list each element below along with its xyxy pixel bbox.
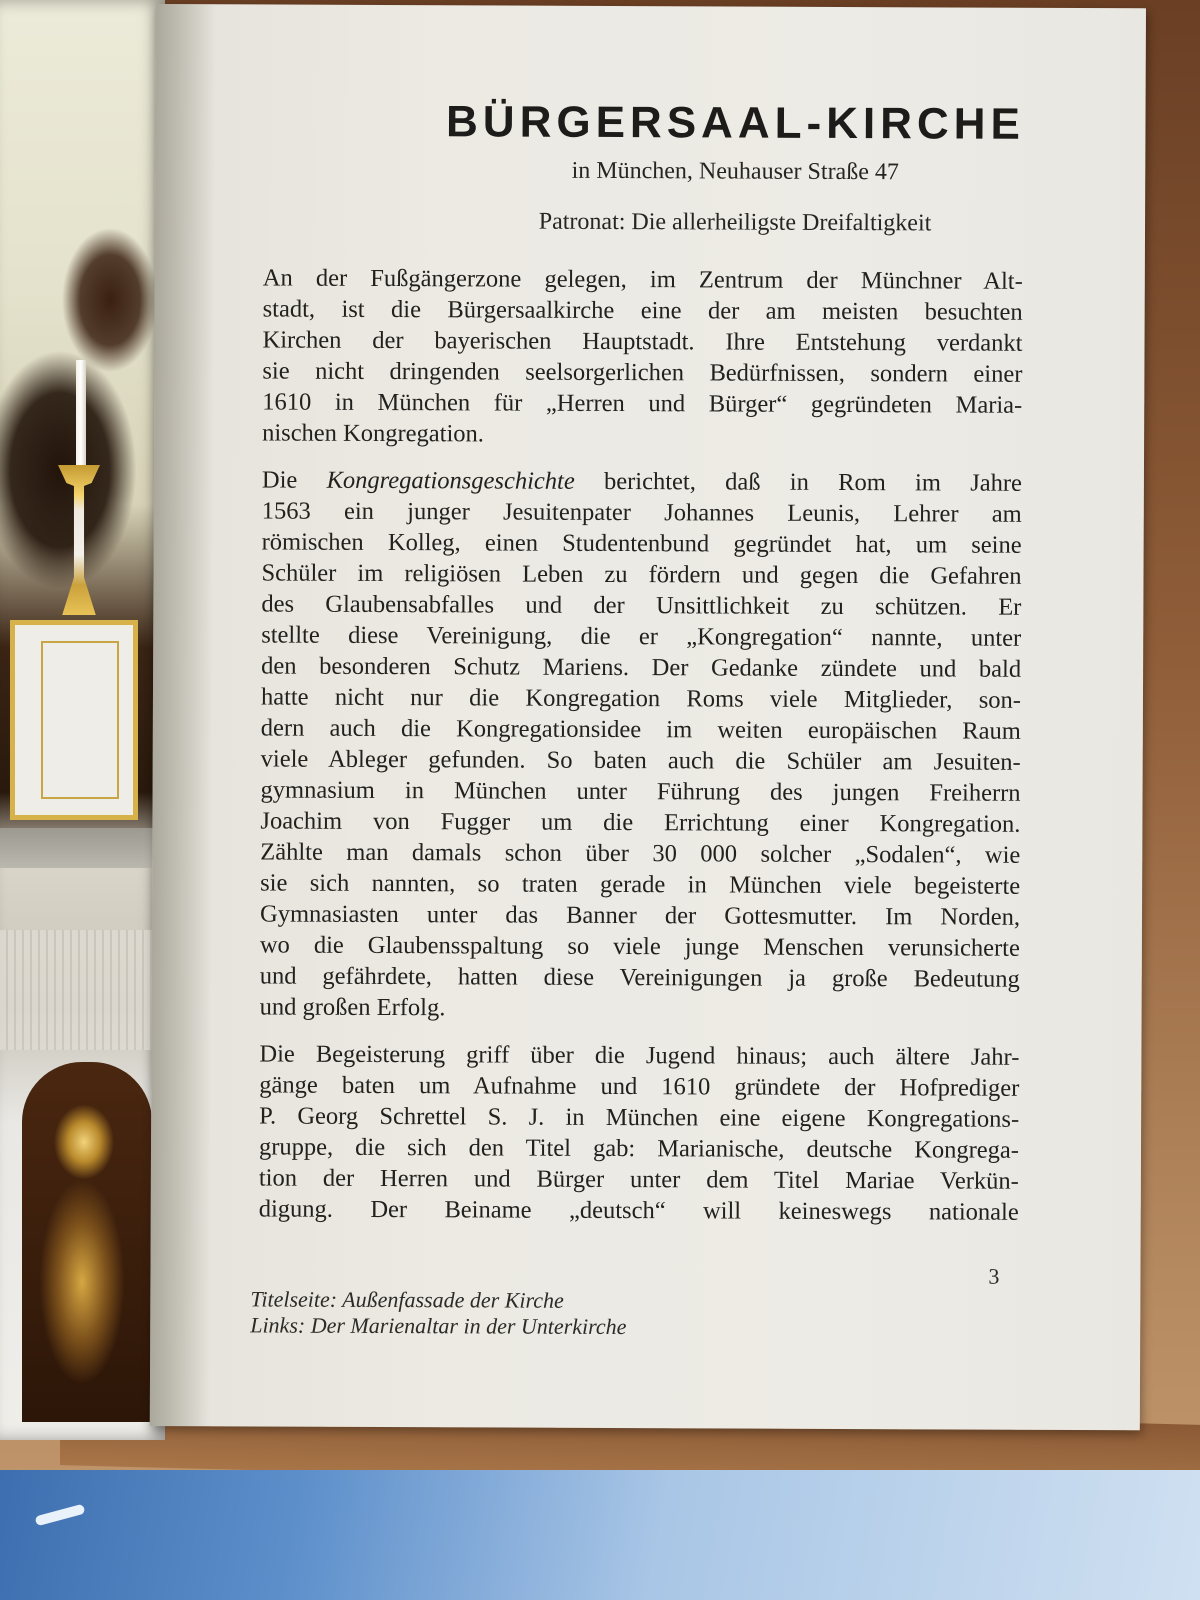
text-line-with-italic: Die Kongregationsgeschichte berichtet, d…	[262, 464, 1022, 498]
patronat-line: Patronat: Die allerheiligste Dreifaltigk…	[155, 207, 1145, 238]
italic-term: Kongregationsgeschichte	[327, 467, 575, 495]
text-run: berichtet, daß in Rom im Jahre	[575, 468, 1022, 497]
blue-cloth	[0, 1470, 1200, 1600]
text-line: P. Georg Schrettel S. J. in München eine…	[259, 1100, 1019, 1134]
book-page: BÜRGERSAAL-KIRCHE in München, Neuhauser …	[150, 4, 1146, 1430]
text-line: gruppe, die sich den Titel gab: Marianis…	[259, 1131, 1019, 1165]
page-number: 3	[988, 1264, 999, 1290]
caption-left-photo: Links: Der Marienaltar in der Unterkirch…	[250, 1312, 626, 1340]
text-line: dern auch die Kongregationsidee im weite…	[261, 712, 1021, 746]
body-text: An der Fußgängerzone gelegen, im Zentrum…	[259, 262, 1023, 1243]
text-line: gymnasium in München unter Führung des j…	[261, 774, 1021, 808]
paragraph-1: An der Fußgängerzone gelegen, im Zentrum…	[262, 262, 1023, 451]
text-line: An der Fußgängerzone gelegen, im Zentrum…	[263, 262, 1023, 296]
paragraph-2: Die Kongregationsgeschichte berichtet, d…	[260, 464, 1022, 1025]
text-line: 1610 in München für „Herren und Bürger“ …	[262, 386, 1022, 420]
text-line: Die Begeisterung griff über die Jugend h…	[259, 1038, 1019, 1072]
text-line: Zählte man damals schon über 30 000 solc…	[260, 836, 1020, 870]
text-line: Kirchen der bayerischen Hauptstadt. Ihre…	[262, 324, 1022, 358]
page-subtitle-address: in München, Neuhauser Straße 47	[155, 156, 1145, 187]
text-line: nischen Kongregation.	[262, 417, 1022, 451]
photo-captions: Titelseite: Außenfassade der Kirche Link…	[250, 1286, 626, 1340]
text-line: des Glaubensabfalles und der Unsittlichk…	[261, 588, 1021, 622]
text-line: tion der Herren und Bürger unter dem Tit…	[259, 1162, 1019, 1196]
altar-panel	[10, 620, 138, 820]
gilded-candlestick	[58, 465, 100, 615]
text-line: den besonderen Schutz Mariens. Der Gedan…	[261, 650, 1021, 684]
text-line: wo die Glaubensspaltung so viele junge M…	[260, 929, 1020, 963]
gilded-angel-relief	[22, 1062, 152, 1422]
text-line: viele Ableger gefunden. So baten auch di…	[261, 743, 1021, 777]
text-line: Joachim von Fugger um die Errichtung ein…	[260, 805, 1020, 839]
candle	[76, 360, 86, 470]
text-line: gänge baten um Aufnahme und 1610 gründet…	[259, 1069, 1019, 1103]
text-line: sie nicht dringenden seelsorgerlichen Be…	[262, 355, 1022, 389]
text-line: hatte nicht nur die Kongregation Roms vi…	[261, 681, 1021, 715]
text-run: Die	[262, 466, 327, 493]
text-line: stadt, ist die Bürgersaalkirche eine der…	[263, 293, 1023, 327]
paragraph-3: Die Begeisterung griff über die Jugend h…	[259, 1038, 1020, 1227]
altar-cloth	[0, 930, 160, 1050]
text-line: digung. Der Beiname „deutsch“ will keine…	[259, 1193, 1019, 1227]
text-line: Gymnasiasten unter das Banner der Gottes…	[260, 898, 1020, 932]
altar-ledge	[0, 828, 160, 868]
caption-cover: Titelseite: Außenfassade der Kirche	[250, 1286, 626, 1314]
page-title: BÜRGERSAAL-KIRCHE	[155, 96, 1145, 150]
text-line: römischen Kolleg, einen Studentenbund ge…	[262, 526, 1022, 560]
text-line: und gefährdete, hatten diese Vereinigung…	[260, 960, 1020, 994]
text-line: und großen Erfolg.	[260, 991, 1020, 1025]
text-line: 1563 ein junger Jesuitenpater Johannes L…	[262, 495, 1022, 529]
altar-panel-frame	[41, 641, 119, 799]
text-line: sie sich nannten, so traten gerade in Mü…	[260, 867, 1020, 901]
left-page-photo-marian-altar	[0, 0, 165, 1440]
text-line: stellte diese Vereinigung, die er „Kongr…	[261, 619, 1021, 653]
text-line: Schüler im religiösen Leben zu fördern u…	[261, 557, 1021, 591]
